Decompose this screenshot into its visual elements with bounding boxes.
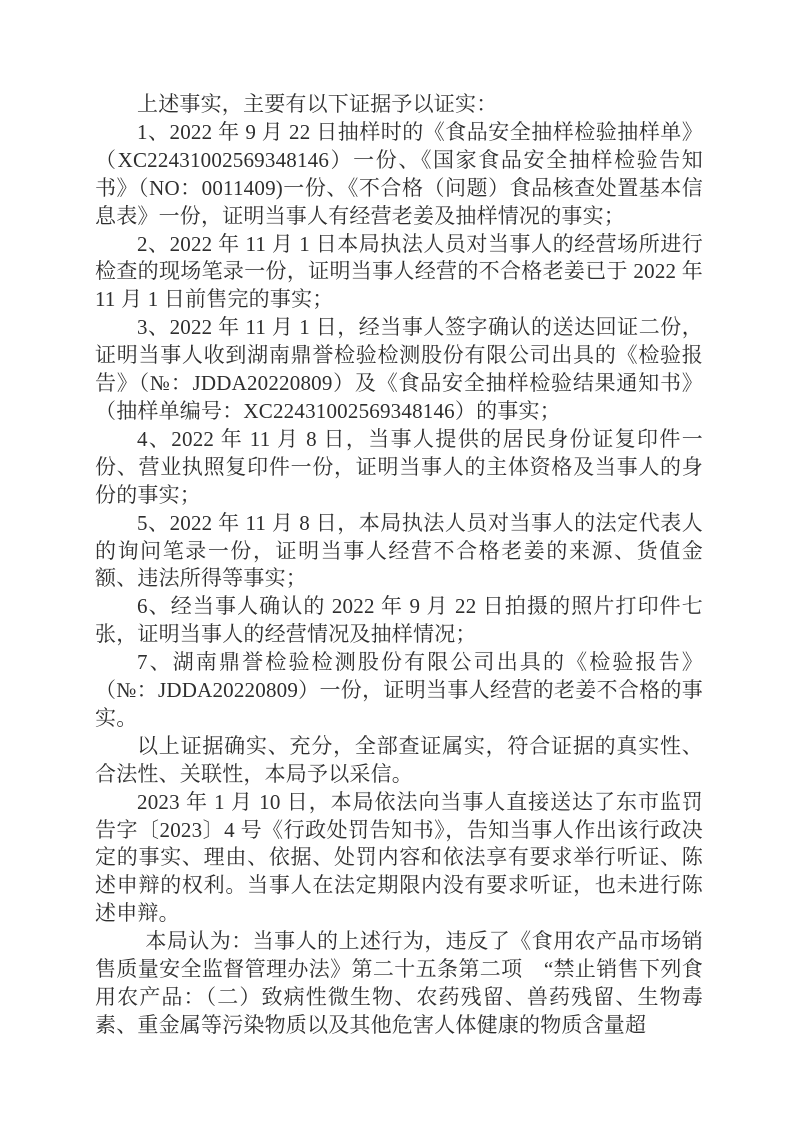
evidence-item-7: 7、湖南鼎誉检验检测股份有限公司出具的《检验报告》（№：JDDA20220809… (95, 649, 703, 733)
evidence-intro-paragraph: 上述事实，主要有以下证据予以证实： (95, 91, 703, 119)
document-body: 上述事实，主要有以下证据予以证实： 1、2022 年 9 月 22 日抽样时的《… (95, 91, 703, 1040)
evidence-item-3: 3、2022 年 11 月 1 日，经当事人签字确认的送达回证二份，证明当事人收… (95, 314, 703, 426)
evidence-conclusion-paragraph: 以上证据确实、充分，全部查证属实，符合证据的真实性、合法性、关联性，本局予以采信… (95, 733, 703, 789)
evidence-item-1: 1、2022 年 9 月 22 日抽样时的《食品安全抽样检验抽样单》（XC224… (95, 119, 703, 231)
evidence-item-5: 5、2022 年 11 月 8 日，本局执法人员对当事人的法定代表人的询问笔录一… (95, 510, 703, 594)
evidence-item-2: 2、2022 年 11 月 1 日本局执法人员对当事人的经营场所进行检查的现场笔… (95, 231, 703, 315)
penalty-notification-paragraph: 2023 年 1 月 10 日，本局依法向当事人直接送达了东市监罚告字〔2023… (95, 789, 703, 929)
document-page: 上述事实，主要有以下证据予以证实： 1、2022 年 9 月 22 日抽样时的《… (0, 0, 793, 1122)
determination-paragraph: 本局认为：当事人的上述行为，违反了《食用农产品市场销售质量安全监督管理办法》第二… (95, 928, 703, 1040)
evidence-item-6: 6、经当事人确认的 2022 年 9 月 22 日拍摄的照片打印件七张，证明当事… (95, 593, 703, 649)
evidence-item-4: 4、2022 年 11 月 8 日，当事人提供的居民身份证复印件一份、营业执照复… (95, 426, 703, 510)
